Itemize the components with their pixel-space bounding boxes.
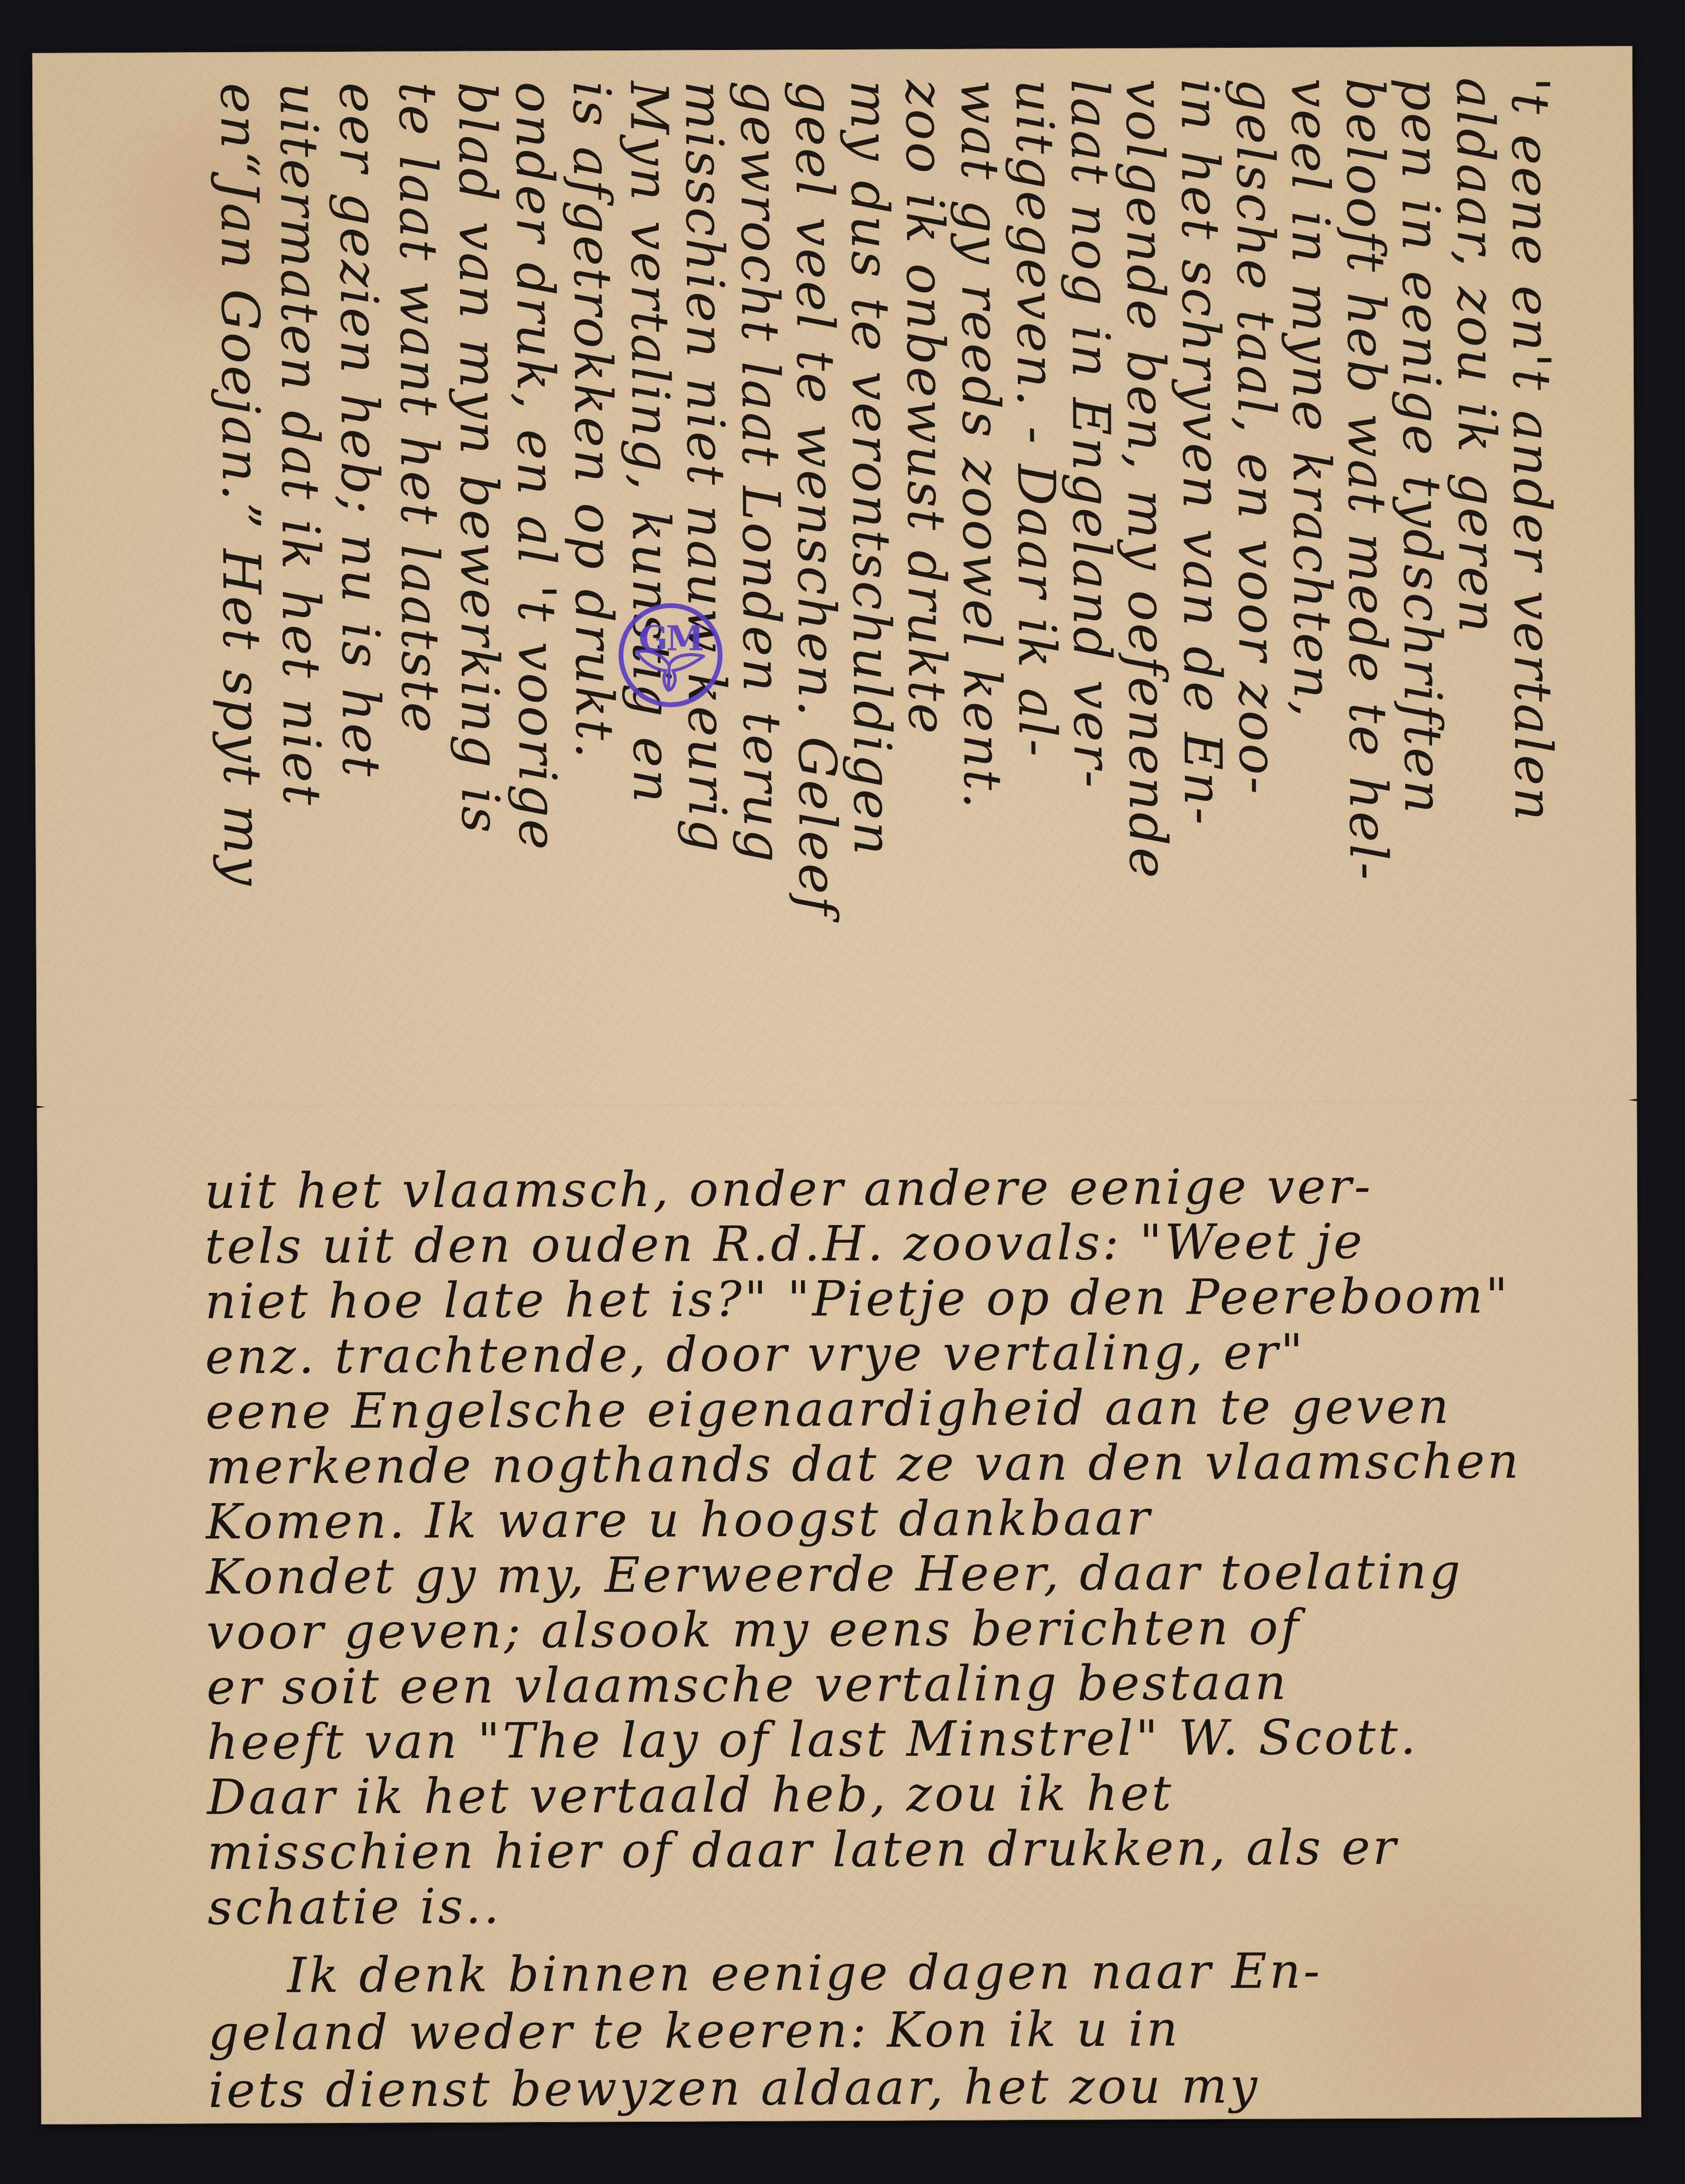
letter-line: eene Engelsche eigenaardigheid aan te ge… — [205, 1377, 1625, 1440]
letter-line: Daar ik het vertaald heb, zou ik het — [207, 1762, 1626, 1826]
owner-stamp: GM — [618, 603, 723, 707]
letter-sheet: en“Jan Goejan.” Het spyt my uitermaten d… — [32, 46, 1641, 2125]
letter-line: iets dienst bewyzen aldaar, het zou my — [208, 2055, 1628, 2119]
letter-line: Kondet gy my, Eerweerde Heer, daar toela… — [206, 1542, 1626, 1605]
horizontal-text-section: uit het vlaamsch, onder andere eenige ve… — [37, 1103, 1641, 2124]
letter-line: er soit een vlaamsche vertaling bestaan — [207, 1652, 1626, 1716]
letter-line: tels uit den ouden R.d.H. zoovals: "Weet… — [204, 1211, 1624, 1275]
rotated-line: en“Jan Goejan.” Het spyt my — [206, 83, 276, 1009]
rotated-line: eer gezien heb; nu is het — [325, 82, 395, 1008]
letter-line: Ik denk binnen eenige dagen naar En- — [287, 1940, 1685, 2004]
letter-line: niet hoe late het is?" "Pietje op den Pe… — [205, 1267, 1624, 1330]
letter-line: merkende nogthands dat ze van den vlaams… — [205, 1432, 1625, 1495]
rotated-line: 't eene en't ander vertalen — [1497, 77, 1567, 1003]
letter-line: misschien hier of daar laten drukken, al… — [207, 1817, 1626, 1881]
letter-line: geland weder te keeren: Kon ik u in — [208, 1998, 1627, 2061]
letter-line: voor geven; alsook my eens berichten of — [206, 1597, 1626, 1660]
letter-line: schatie is.. — [208, 1872, 1627, 1936]
rotated-text-section: en“Jan Goejan.” Het spyt my uitermaten d… — [32, 46, 1637, 1106]
letter-line: heeft van "The lay of last Minstrel" W. … — [207, 1707, 1626, 1771]
rotated-line: te laat want het laatste — [385, 82, 455, 1008]
rotated-line: uitermaten dat ik het niet — [266, 82, 336, 1008]
letter-line: enz. trachtende, door vrye vertaling, er… — [205, 1322, 1624, 1385]
leaf-icon — [633, 643, 708, 692]
letter-line: uit het vlaamsch, onder andere eenige ve… — [204, 1156, 1624, 1220]
letter-line: Komen. Ik ware u hoogst dankbaar — [206, 1487, 1625, 1550]
